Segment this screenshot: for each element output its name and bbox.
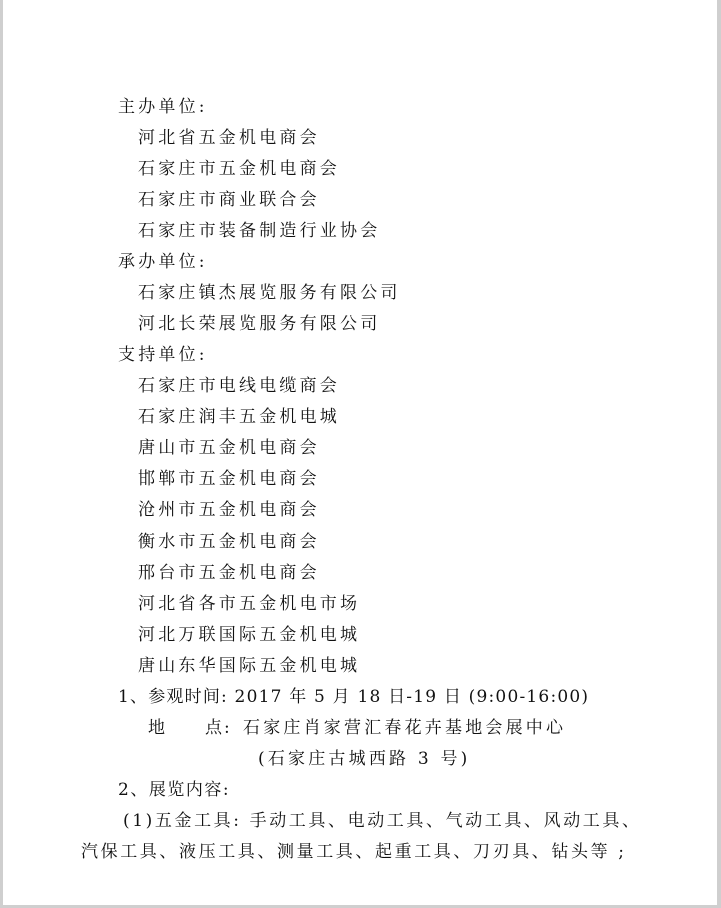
supporters-label: 支持单位: (118, 345, 208, 365)
exhibition-content-line: (1)五金工具: 手动工具、电动工具、气动工具、风动工具、 (123, 811, 642, 831)
organizer-item: 石家庄市商业联合会 (138, 190, 320, 210)
co-organizer-item: 河北长荣展览服务有限公司 (138, 314, 380, 334)
location-address: (石家庄古城西路 3 号) (258, 749, 471, 769)
document-page: 主办单位: 河北省五金机电商会 石家庄市五金机电商会 石家庄市商业联合会 石家庄… (3, 0, 717, 905)
exhibition-content-line: 汽保工具、液压工具、测量工具、起重工具、刀刃具、钻头等 ; (81, 842, 627, 862)
organizer-item: 石家庄市五金机电商会 (138, 159, 340, 179)
supporter-item: 唐山市五金机电商会 (138, 438, 320, 458)
organizers-label: 主办单位: (118, 97, 208, 117)
co-organizers-label: 承办单位: (118, 252, 208, 272)
supporter-item: 石家庄润丰五金机电城 (138, 407, 340, 427)
supporter-item: 邯郸市五金机电商会 (138, 469, 320, 489)
visit-time: 1、参观时间: 2017 年 5 月 18 日-19 日 (9:00-16:00… (118, 687, 589, 707)
supporter-item: 衡水市五金机电商会 (138, 532, 320, 552)
supporter-item: 沧州市五金机电商会 (138, 500, 320, 520)
organizer-item: 河北省五金机电商会 (138, 128, 320, 148)
supporter-item: 邢台市五金机电商会 (138, 563, 320, 583)
location-label: 地 点: (148, 718, 232, 738)
location-value: 石家庄肖家营汇春花卉基地会展中心 (243, 718, 566, 738)
organizer-item: 石家庄市装备制造行业协会 (138, 221, 380, 241)
supporter-item: 唐山东华国际五金机电城 (138, 656, 360, 676)
co-organizer-item: 石家庄镇杰展览服务有限公司 (138, 283, 401, 303)
exhibition-content-heading: 2、展览内容: (118, 780, 230, 800)
supporter-item: 石家庄市电线电缆商会 (138, 376, 340, 396)
supporter-item: 河北万联国际五金机电城 (138, 625, 360, 645)
supporter-item: 河北省各市五金机电市场 (138, 594, 360, 614)
